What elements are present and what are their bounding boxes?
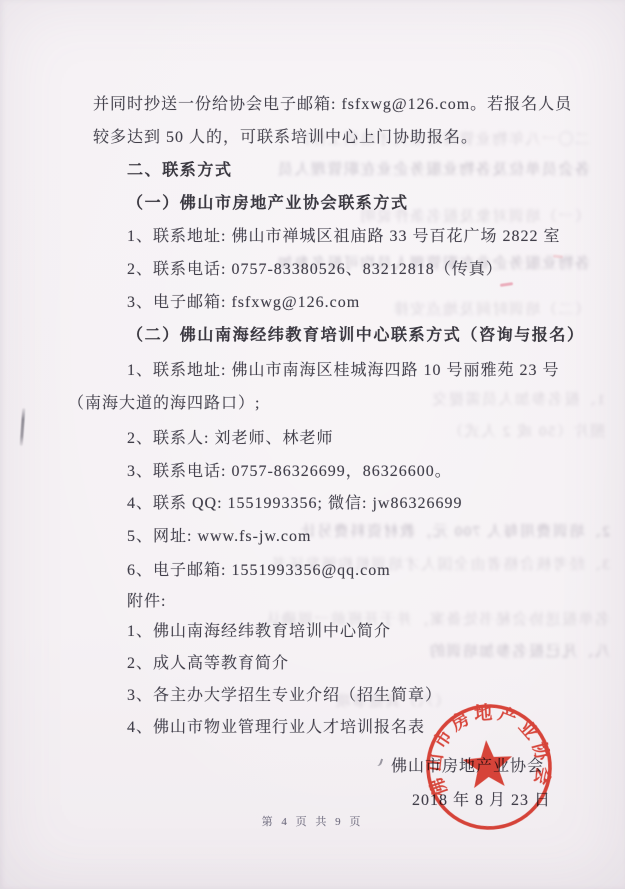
attachment-item: 3、各主办大学招生专业介绍（招生简章）	[127, 685, 442, 707]
contact-line: 4、联系 QQ: 1551993356; 微信: jw86326699	[127, 493, 462, 515]
contact-line: （南海大道的海四路口）;	[68, 393, 260, 415]
attachment-item: 1、佛山南海经纬教育培训中心简介	[127, 621, 391, 643]
contact-line: 5、网址: www.fs-jw.com	[127, 526, 311, 548]
bleed-line: 1、报名参加人员需提交本人身份证复印件	[430, 388, 605, 409]
bleed-line: （二）培训时间及地点安排	[330, 298, 590, 319]
subsection-heading: （二）佛山南海经纬教育培训中心联系方式（咨询与报名）	[127, 325, 585, 347]
contact-line: 2、联系电话: 0757-83380526、83212818（传真）	[127, 259, 503, 281]
contact-line: 6、电子邮箱: 1551993356@qq.com	[127, 560, 391, 582]
paragraph-line: 并同时抄送一份给协会电子邮箱: fsfxwg@126.com。若报名人员	[93, 94, 572, 116]
pencil-mark	[20, 408, 26, 446]
pencil-tick-mark	[374, 757, 383, 767]
attachment-item: 4、佛山市物业管理行业人才培训报名表	[127, 717, 425, 739]
contact-line: 1、联系地址: 佛山市禅城区祖庙路 33 号百花广场 2822 室	[127, 226, 560, 248]
paragraph-line: 较多达到 50 人的，可联系培训中心上门协助报名。	[93, 127, 478, 149]
scanned-document-page: 二〇一八年物业管理行业人才培训工作通知 各会员单位及各物业服务企业在职管理人员 …	[0, 0, 625, 889]
section-heading: 二、联系方式	[127, 160, 233, 182]
page-number-footer: 第 4 页 共 9 页	[0, 813, 625, 829]
contact-line: 3、电子邮箱: fsfxwg@126.com	[127, 292, 360, 314]
red-ink-smudge	[553, 254, 563, 258]
contact-line: 3、联系电话: 0757-86326699，86326600。	[127, 461, 452, 483]
bleed-line: 八、凡已报名参加培训的学员请按时到场	[430, 640, 610, 661]
contact-line: 2、联系人: 刘老师、林老师	[127, 428, 333, 450]
attachment-item: 2、成人高等教育简介	[127, 653, 289, 675]
subsection-heading: （一）佛山市房地产业协会联系方式	[127, 193, 409, 215]
seal-star-icon	[461, 738, 514, 788]
contact-line: 1、联系地址: 佛山市南海区桂城海四路 10 号丽雅苑 23 号	[127, 360, 559, 382]
attachments-label: 附件:	[127, 591, 166, 613]
red-ink-smudge	[500, 282, 513, 287]
